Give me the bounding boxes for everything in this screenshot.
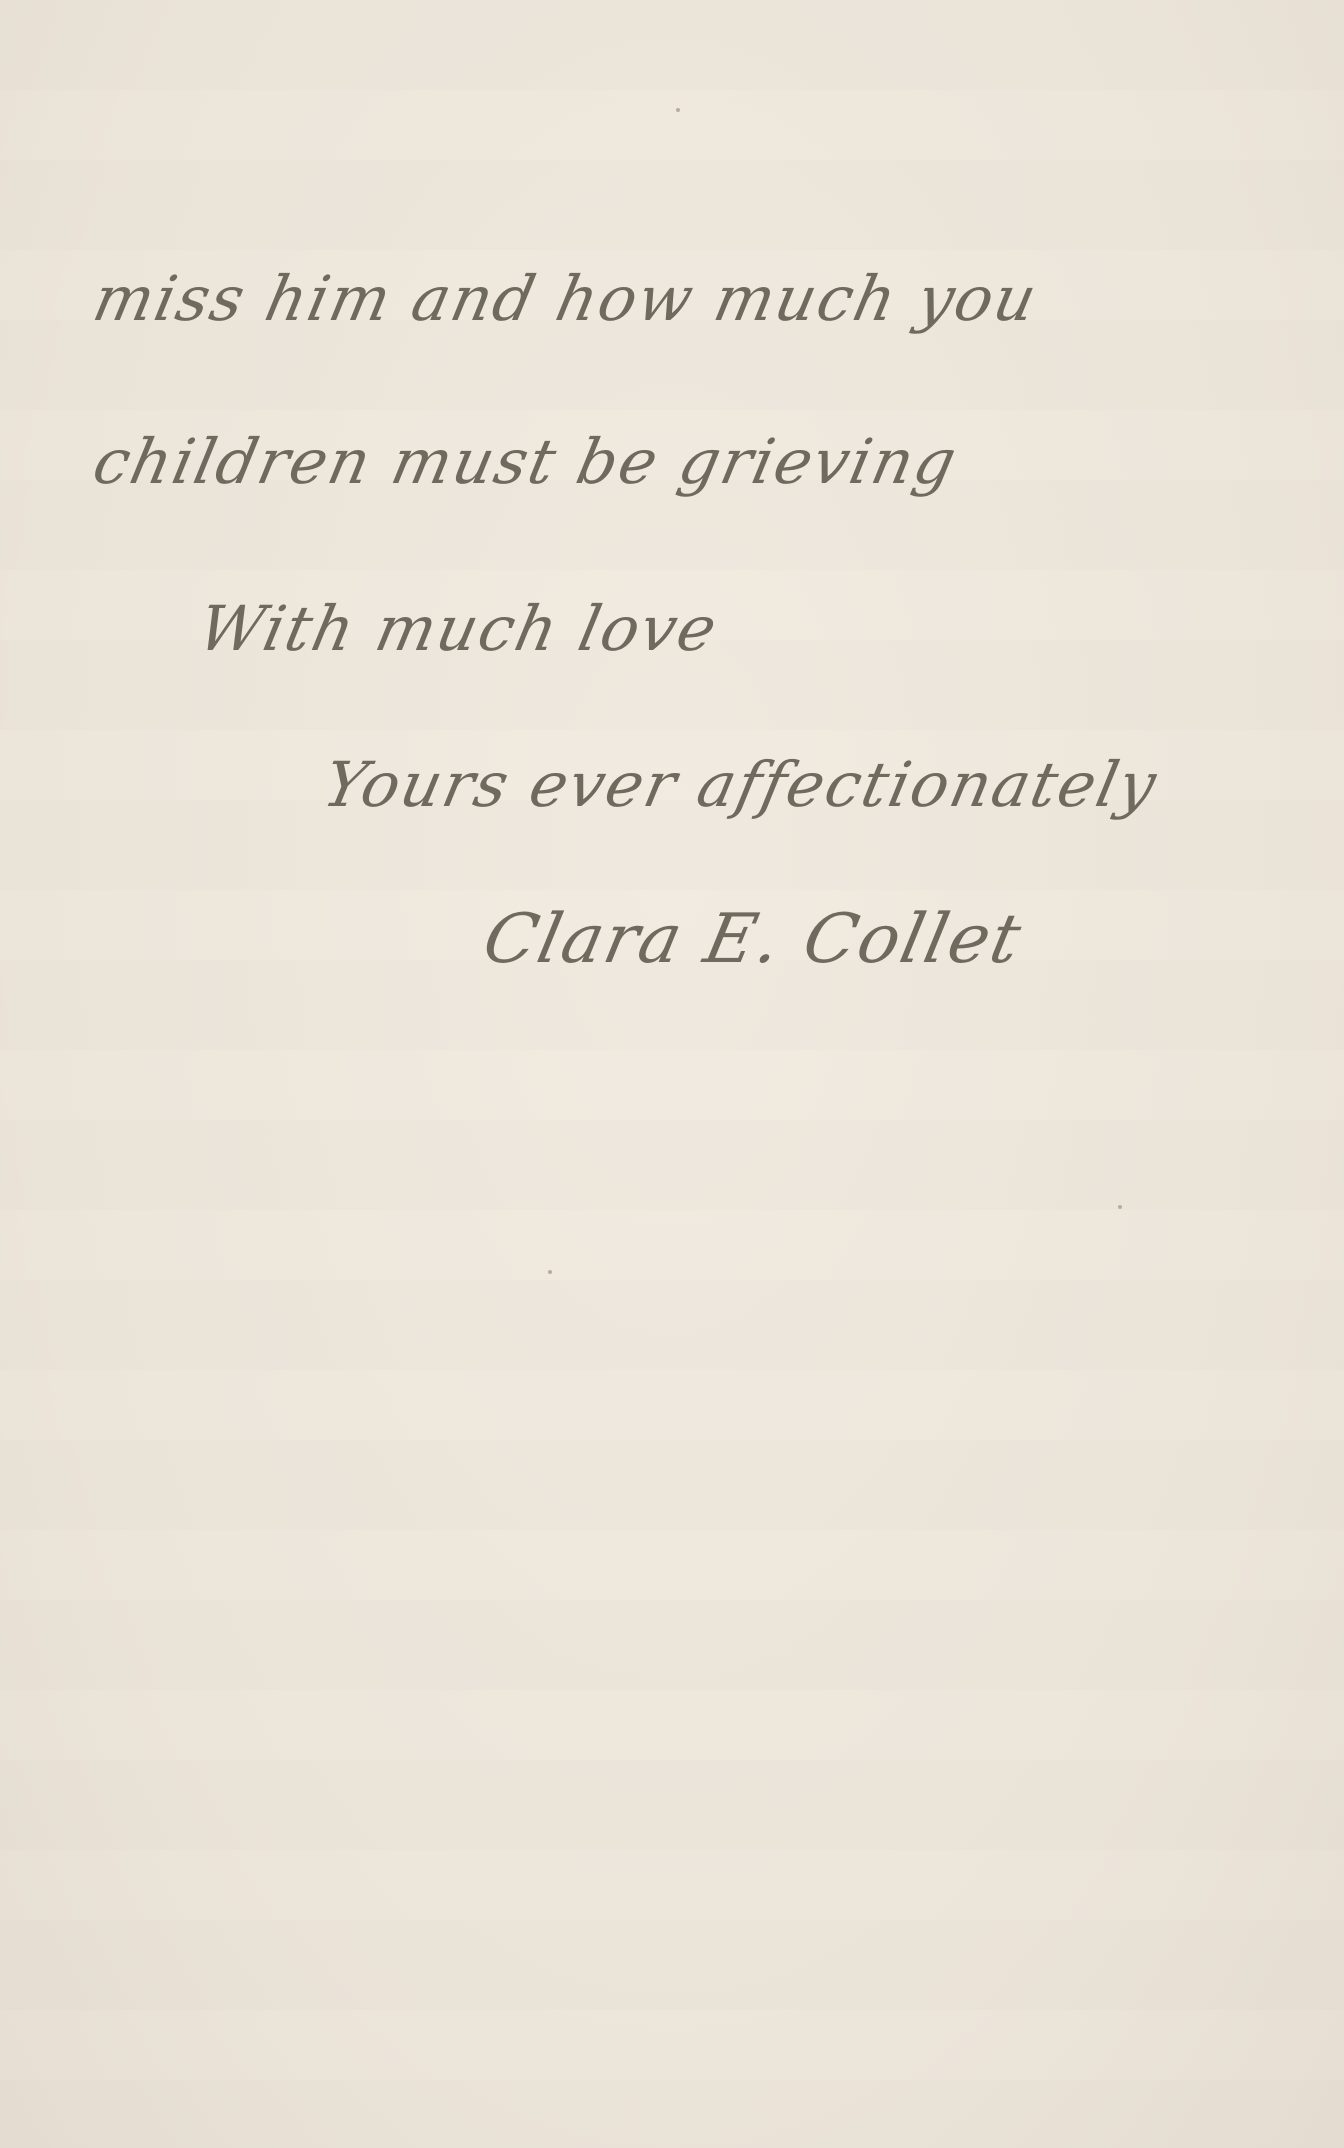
letter-page: miss him and how much you children must … [0, 0, 1344, 2148]
closing-line: Yours ever affectionately [317, 748, 1164, 821]
paper-speck [676, 108, 680, 112]
signature: Clara E. Collet [477, 900, 1030, 979]
letter-line: With much love [192, 592, 725, 665]
letter-line: children must be grieving [87, 425, 964, 498]
letter-line: miss him and how much you [87, 262, 1044, 335]
paper-speck [1118, 1205, 1122, 1209]
paper-speck [548, 1270, 552, 1274]
